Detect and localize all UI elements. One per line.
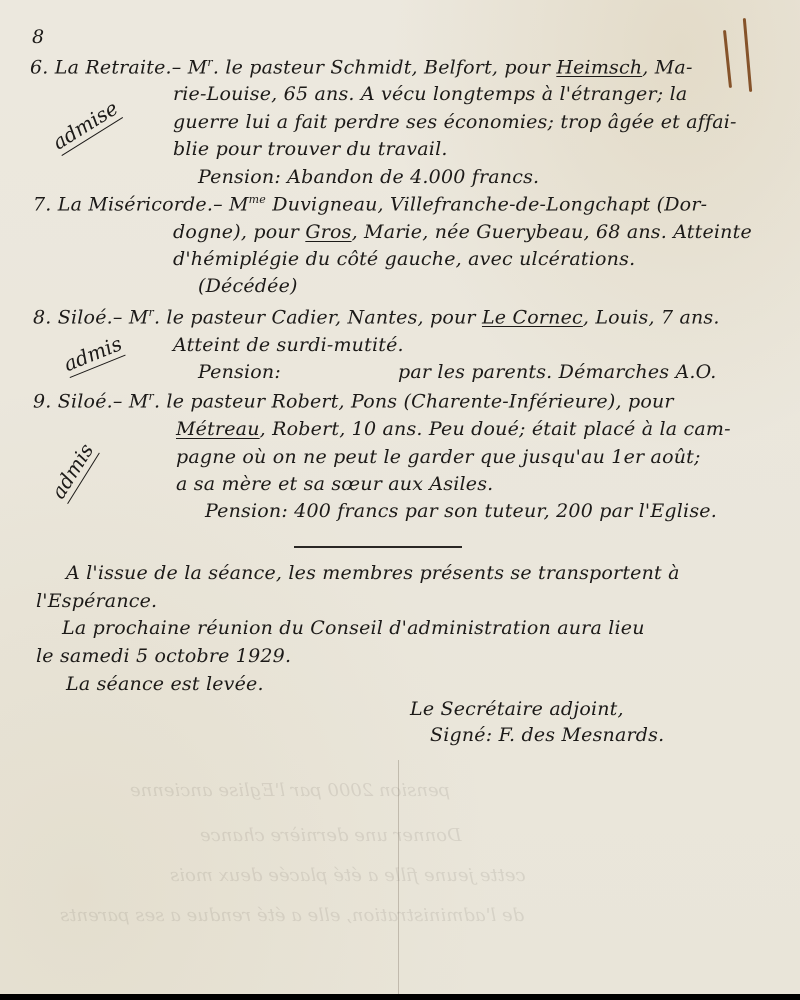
entry-9-line-3: pagne où on ne peut le garder que jusqu'… <box>176 446 701 468</box>
bleed-through-text: cette jeune fille a été placée deux mois <box>170 865 526 886</box>
signature-name: Signé: F. des Mesnards. <box>430 724 664 746</box>
entry-7-status: (Décédée) <box>198 275 298 297</box>
bleed-through-text: Donner une dernière chance <box>200 825 461 846</box>
institution-name: La Retraite. <box>55 56 172 78</box>
manuscript-page: pension 2000 par l'Eglise ancienne Donne… <box>0 0 800 994</box>
entry-number: 8. <box>33 306 52 328</box>
entry-9-pension: Pension: 400 francs par son tuteur, 200 … <box>205 500 717 522</box>
entry-number: 6. <box>30 56 49 78</box>
entry-7-line-3: d'hémiplégie du côté gauche, avec ulcéra… <box>173 248 635 270</box>
closing-paragraph-1-line-1: A l'issue de la séance, les membres prés… <box>66 562 680 584</box>
margin-note-admis: admis <box>46 439 100 504</box>
entry-6-pension: Pension: Abandon de 4.000 francs. <box>198 166 539 188</box>
entry-9-line-4: a sa mère et sa sœur aux Asiles. <box>176 473 493 495</box>
entry-9-line-2: Métreau, Robert, 10 ans. Peu doué; était… <box>176 418 731 440</box>
entry-6-line-4: blie pour trouver du travail. <box>173 138 448 160</box>
entry-7-line-1: 7. La Miséricorde.– Mme Duvigneau, Ville… <box>33 193 707 215</box>
signature-title: Le Secrétaire adjoint, <box>410 698 624 720</box>
underlined-name: Le Cornec <box>482 306 583 328</box>
closing-paragraph-1-line-2: l'Espérance. <box>36 590 157 612</box>
paper-fold <box>398 760 399 994</box>
entry-8-pension-value: par les parents. Démarches A.O. <box>398 361 717 383</box>
underlined-name: Gros <box>305 221 351 243</box>
entry-6-line-3: guerre lui a fait perdre ses économies; … <box>173 111 737 133</box>
entry-7-line-2: dogne), pour Gros, Marie, née Guerybeau,… <box>173 221 752 243</box>
bleed-through-text: pension 2000 par l'Eglise ancienne <box>130 780 450 801</box>
margin-note-admis: admis <box>60 331 126 378</box>
page-number: 8 <box>32 26 44 48</box>
institution-name: Siloé. <box>58 390 113 412</box>
entry-number: 9. <box>33 390 52 412</box>
section-divider <box>294 546 462 548</box>
margin-note-admise: admise <box>48 96 123 156</box>
entry-number: 7. <box>33 193 52 215</box>
institution-name: Siloé. <box>58 306 113 328</box>
entry-8-pension-label: Pension: <box>198 361 281 383</box>
entry-8-line-2: Atteint de surdi-mutité. <box>173 334 404 356</box>
entry-6-line-2: rie-Louise, 65 ans. A vécu longtemps à l… <box>173 83 687 105</box>
underlined-name: Heimsch <box>556 56 642 78</box>
bleed-through-text: de l'administration, elle a été rendue a… <box>60 905 524 926</box>
entry-6-line-1: 6. La Retraite.– Mr. le pasteur Schmidt,… <box>30 56 693 78</box>
entry-9-line-1: 9. Siloé.– Mr. le pasteur Robert, Pons (… <box>33 390 674 412</box>
closing-paragraph-2-line-2: le samedi 5 octobre 1929. <box>36 645 291 667</box>
underlined-name: Métreau <box>176 418 260 440</box>
entry-8-line-1: 8. Siloé.– Mr. le pasteur Cadier, Nantes… <box>33 306 720 328</box>
closing-paragraph-3: La séance est levée. <box>66 673 264 695</box>
rust-stain-marks <box>722 14 762 94</box>
institution-name: La Miséricorde. <box>58 193 213 215</box>
closing-paragraph-2-line-1: La prochaine réunion du Conseil d'admini… <box>62 617 645 639</box>
